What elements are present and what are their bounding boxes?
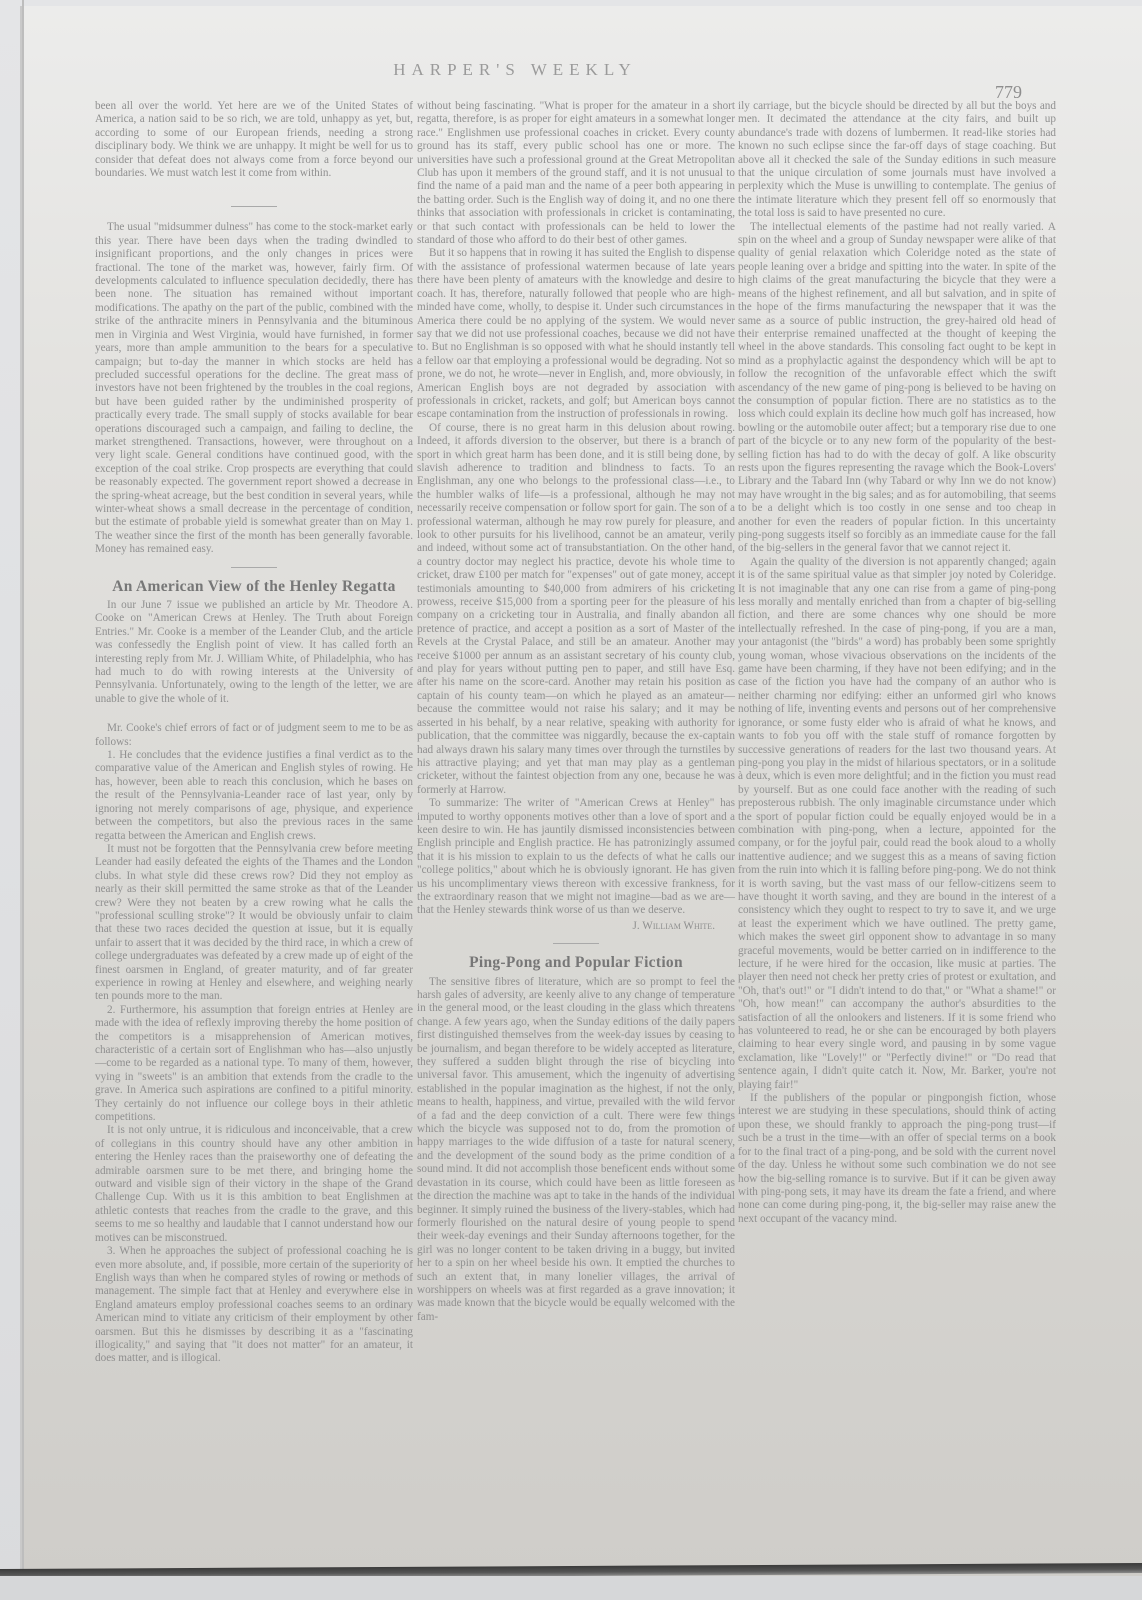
paragraph: The sensitive fibres of literature, whic… [417, 976, 735, 1325]
article-heading-pingpong: Ping-Pong and Popular Fiction [417, 956, 735, 969]
article-heading-henley: An American View of the Henley Regatta [95, 580, 413, 593]
paragraph: without being fascinating. "What is prop… [417, 100, 735, 247]
paragraph: Of course, there is no great harm in thi… [417, 422, 735, 797]
paragraph: It is not only untrue, it is ridiculous … [95, 1124, 413, 1245]
masthead: HARPER'S WEEKLY [350, 60, 680, 80]
scan-surface [0, 1576, 1142, 1600]
paragraph: 2. Furthermore, his assumption that fore… [95, 1004, 413, 1125]
paragraph: Mr. Cooke's chief errors of fact or of j… [95, 722, 413, 749]
paragraph: 1. He concludes that the evidence justif… [95, 749, 413, 843]
column-1: been all over the world. Yet here are we… [95, 100, 413, 1366]
section-divider [231, 567, 277, 568]
paragraph: 3. When he approaches the subject of pro… [95, 1245, 413, 1366]
paragraph: But it so happens that in rowing it has … [417, 247, 735, 421]
column-2: without being fascinating. "What is prop… [417, 100, 735, 1324]
page-fold-edge [22, 0, 24, 1570]
paragraph: In our June 7 issue we published an arti… [95, 599, 413, 706]
paragraph: The intellectual elements of the pastime… [738, 221, 1056, 556]
section-divider [231, 206, 277, 207]
paragraph: If the publishers of the popular or ping… [738, 1092, 1056, 1226]
paragraph: The usual "midsummer dulness" has come t… [95, 221, 413, 556]
section-divider [553, 943, 599, 944]
paragraph: been all over the world. Yet here are we… [95, 100, 413, 180]
paragraph: To summarize: The writer of "American Cr… [417, 797, 735, 918]
signature: J. William White. [417, 920, 735, 933]
paragraph: Again the quality of the diversion is no… [738, 556, 1056, 1092]
column-3: ily carriage, but the bicycle should be … [738, 100, 1056, 1226]
paragraph: It must not be forgotten that the Pennsy… [95, 843, 413, 1004]
paragraph: ily carriage, but the bicycle should be … [738, 100, 1056, 221]
